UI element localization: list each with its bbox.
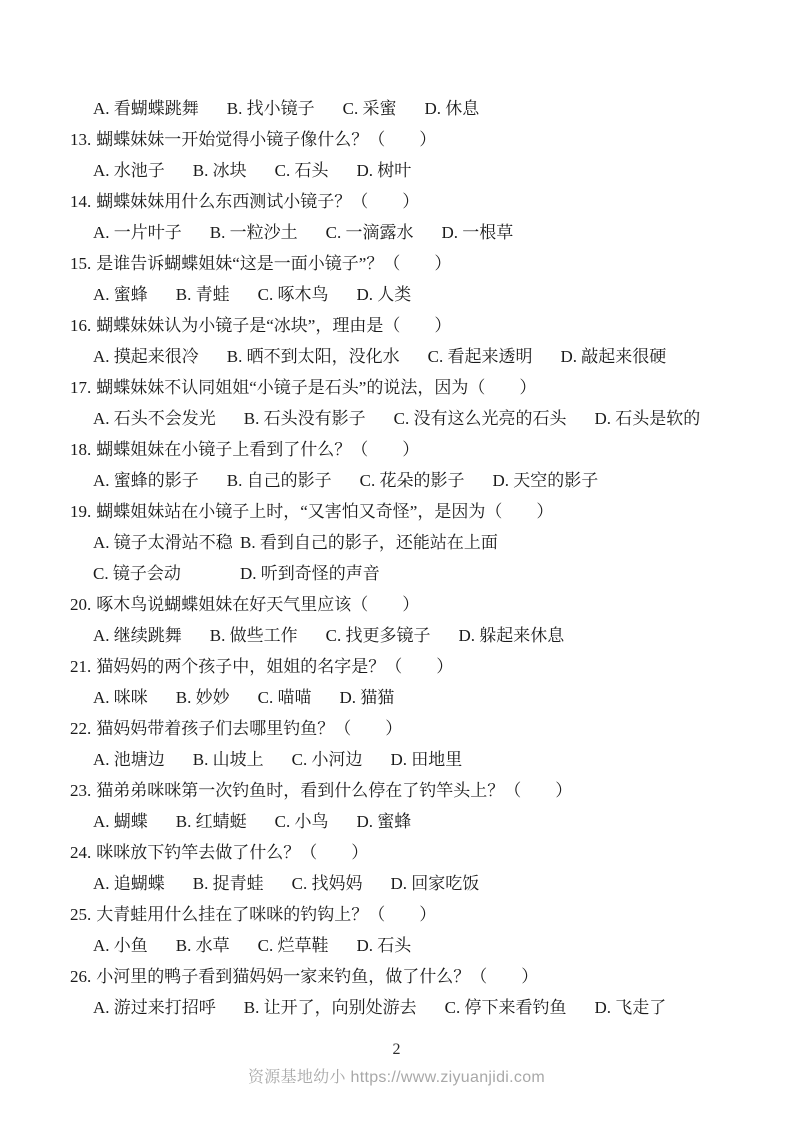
option: A. 看蝴蝶跳舞 <box>93 93 199 124</box>
question-line: 26.小河里的鸭子看到猫妈妈一家来钓鱼，做了什么？（ ） <box>70 961 763 992</box>
question-item: 18.蝴蝶姐妹在小镜子上看到了什么？（ ）A. 蜜蜂的影子B. 自己的影子C. … <box>70 434 763 496</box>
option: C. 小鸟 <box>275 806 329 837</box>
option: D. 休息 <box>424 93 479 124</box>
question-item: 22.猫妈妈带着孩子们去哪里钓鱼？（ ）A. 池塘边B. 山坡上C. 小河边D.… <box>70 713 763 775</box>
option: C. 采蜜 <box>343 93 397 124</box>
option: D. 石头 <box>356 930 411 961</box>
question-line: 21.猫妈妈的两个孩子中，姐姐的名字是？（ ） <box>70 651 763 682</box>
option: B. 找小镜子 <box>227 93 315 124</box>
option: D. 猫猫 <box>339 682 394 713</box>
option: B. 石头没有影子 <box>244 403 366 434</box>
question-number: 24. <box>70 843 91 862</box>
question-text: 猫妈妈带着孩子们去哪里钓鱼？（ ） <box>96 719 402 738</box>
option-row: A. 看蝴蝶跳舞B. 找小镜子C. 采蜜D. 休息 <box>70 93 763 124</box>
option: D. 石头是软的 <box>594 403 700 434</box>
option: C. 石头 <box>275 155 329 186</box>
option: A. 石头不会发光 <box>93 403 216 434</box>
question-text: 蝴蝶妹妹一开始觉得小镜子像什么？（ ） <box>96 130 436 149</box>
watermark-text: 资源基地幼小 https://www.ziyuanjidi.com <box>0 1068 793 1088</box>
question-text: 蝴蝶妹妹认为小镜子是“冰块”，理由是（ ） <box>96 316 451 335</box>
option: A. 水池子 <box>93 155 165 186</box>
question-number: 16. <box>70 316 91 335</box>
option: B. 做些工作 <box>210 620 298 651</box>
option-row: A. 一片叶子B. 一粒沙土C. 一滴露水D. 一根草 <box>70 217 763 248</box>
question-text: 小河里的鸭子看到猫妈妈一家来钓鱼，做了什么？（ ） <box>96 967 538 986</box>
question-number: 14. <box>70 192 91 211</box>
option: A. 游过来打招呼 <box>93 992 216 1023</box>
option: C. 没有这么光亮的石头 <box>394 403 567 434</box>
option: B. 自己的影子 <box>227 465 332 496</box>
option-row: A. 水池子B. 冰块C. 石头D. 树叶 <box>70 155 763 186</box>
option: B. 红蜻蜓 <box>176 806 247 837</box>
option: D. 回家吃饭 <box>390 868 479 899</box>
question-item: 13.蝴蝶妹妹一开始觉得小镜子像什么？（ ）A. 水池子B. 冰块C. 石头D.… <box>70 124 763 186</box>
question-line: 18.蝴蝶姐妹在小镜子上看到了什么？（ ） <box>70 434 763 465</box>
option-row: A. 镜子太滑站不稳B. 看到自己的影子，还能站在上面 <box>70 527 763 558</box>
question-item: 16.蝴蝶妹妹认为小镜子是“冰块”，理由是（ ）A. 摸起来很冷B. 晒不到太阳… <box>70 310 763 372</box>
question-line: 14.蝴蝶妹妹用什么东西测试小镜子？（ ） <box>70 186 763 217</box>
option: D. 蜜蜂 <box>356 806 411 837</box>
option-row: A. 蜜蜂B. 青蛙C. 啄木鸟D. 人类 <box>70 279 763 310</box>
option: A. 池塘边 <box>93 744 165 775</box>
question-item: 26.小河里的鸭子看到猫妈妈一家来钓鱼，做了什么？（ ）A. 游过来打招呼B. … <box>70 961 763 1023</box>
option: B. 让开了，向别处游去 <box>244 992 417 1023</box>
option: A. 追蝴蝶 <box>93 868 165 899</box>
option-row: A. 小鱼B. 水草C. 烂草鞋D. 石头 <box>70 930 763 961</box>
option: B. 捉青蛙 <box>193 868 264 899</box>
option: C. 一滴露水 <box>326 217 414 248</box>
question-line: 20.啄木鸟说蝴蝶姐妹在好天气里应该（ ） <box>70 589 763 620</box>
question-item: 14.蝴蝶妹妹用什么东西测试小镜子？（ ）A. 一片叶子B. 一粒沙土C. 一滴… <box>70 186 763 248</box>
option: B. 妙妙 <box>176 682 230 713</box>
option: D. 飞走了 <box>594 992 666 1023</box>
question-text: 啄木鸟说蝴蝶姐妹在好天气里应该（ ） <box>96 595 419 614</box>
option: D. 听到奇怪的声音 <box>240 558 380 589</box>
option: B. 一粒沙土 <box>210 217 298 248</box>
option: A. 蝴蝶 <box>93 806 148 837</box>
question-text: 蝴蝶妹妹不认同姐姐“小镜子是石头”的说法，因为（ ） <box>96 378 536 397</box>
question-item: 21.猫妈妈的两个孩子中，姐姐的名字是？（ ）A. 咪咪B. 妙妙C. 喵喵D.… <box>70 651 763 713</box>
option: B. 山坡上 <box>193 744 264 775</box>
question-text: 是谁告诉蝴蝶姐妹“这是一面小镜子”？（ ） <box>96 254 451 273</box>
option: C. 小河边 <box>292 744 363 775</box>
option: A. 蜜蜂的影子 <box>93 465 199 496</box>
option: D. 躲起来休息 <box>458 620 564 651</box>
question-line: 13.蝴蝶妹妹一开始觉得小镜子像什么？（ ） <box>70 124 763 155</box>
option: A. 继续跳舞 <box>93 620 182 651</box>
option: B. 看到自己的影子，还能站在上面 <box>240 527 498 558</box>
option: D. 田地里 <box>390 744 462 775</box>
question-line: 22.猫妈妈带着孩子们去哪里钓鱼？（ ） <box>70 713 763 744</box>
question-text: 咪咪放下钓竿去做了什么？（ ） <box>96 843 368 862</box>
option: C. 停下来看钓鱼 <box>445 992 567 1023</box>
question-number: 21. <box>70 657 91 676</box>
option-row: A. 咪咪B. 妙妙C. 喵喵D. 猫猫 <box>70 682 763 713</box>
question-item: 25.大青蛙用什么挂在了咪咪的钓钩上？（ ）A. 小鱼B. 水草C. 烂草鞋D.… <box>70 899 763 961</box>
option: C. 镜子会动 <box>93 558 240 589</box>
question-text: 猫妈妈的两个孩子中，姐姐的名字是？（ ） <box>96 657 453 676</box>
question-item: 15.是谁告诉蝴蝶姐妹“这是一面小镜子”？（ ）A. 蜜蜂B. 青蛙C. 啄木鸟… <box>70 248 763 310</box>
option: C. 找妈妈 <box>292 868 363 899</box>
option: D. 人类 <box>356 279 411 310</box>
quiz-question-list: A. 看蝴蝶跳舞B. 找小镜子C. 采蜜D. 休息13.蝴蝶妹妹一开始觉得小镜子… <box>70 93 763 1023</box>
option-row: A. 蜜蜂的影子B. 自己的影子C. 花朵的影子D. 天空的影子 <box>70 465 763 496</box>
option: D. 敲起来很硬 <box>560 341 666 372</box>
question-number: 18. <box>70 440 91 459</box>
question-line: 16.蝴蝶妹妹认为小镜子是“冰块”，理由是（ ） <box>70 310 763 341</box>
question-number: 17. <box>70 378 91 397</box>
question-line: 24.咪咪放下钓竿去做了什么？（ ） <box>70 837 763 868</box>
question-number: 20. <box>70 595 91 614</box>
question-number: 13. <box>70 130 91 149</box>
question-number: 25. <box>70 905 91 924</box>
question-item: 23.猫弟弟咪咪第一次钓鱼时，看到什么停在了钓竿头上？（ ）A. 蝴蝶B. 红蜻… <box>70 775 763 837</box>
option: A. 蜜蜂 <box>93 279 148 310</box>
option: B. 冰块 <box>193 155 247 186</box>
question-item: 24.咪咪放下钓竿去做了什么？（ ）A. 追蝴蝶B. 捉青蛙C. 找妈妈D. 回… <box>70 837 763 899</box>
option-row: A. 游过来打招呼B. 让开了，向别处游去C. 停下来看钓鱼D. 飞走了 <box>70 992 763 1023</box>
question-line: 25.大青蛙用什么挂在了咪咪的钓钩上？（ ） <box>70 899 763 930</box>
option: B. 晒不到太阳，没化水 <box>227 341 400 372</box>
worksheet-page: A. 看蝴蝶跳舞B. 找小镜子C. 采蜜D. 休息13.蝴蝶妹妹一开始觉得小镜子… <box>0 0 793 1122</box>
question-number: 15. <box>70 254 91 273</box>
option: C. 啄木鸟 <box>258 279 329 310</box>
option: A. 小鱼 <box>93 930 148 961</box>
option: A. 摸起来很冷 <box>93 341 199 372</box>
option-row: A. 摸起来很冷B. 晒不到太阳，没化水C. 看起来透明D. 敲起来很硬 <box>70 341 763 372</box>
option-row: A. 石头不会发光B. 石头没有影子C. 没有这么光亮的石头D. 石头是软的 <box>70 403 763 434</box>
option: C. 花朵的影子 <box>360 465 465 496</box>
question-line: 15.是谁告诉蝴蝶姐妹“这是一面小镜子”？（ ） <box>70 248 763 279</box>
option: A. 镜子太滑站不稳 <box>93 527 240 558</box>
question-line: 19.蝴蝶姐妹站在小镜子上时，“又害怕又奇怪”，是因为（ ） <box>70 496 763 527</box>
question-text: 大青蛙用什么挂在了咪咪的钓钩上？（ ） <box>96 905 436 924</box>
question-line: 23.猫弟弟咪咪第一次钓鱼时，看到什么停在了钓竿头上？（ ） <box>70 775 763 806</box>
option: C. 看起来透明 <box>428 341 533 372</box>
option: D. 一根草 <box>441 217 513 248</box>
question-item: 20.啄木鸟说蝴蝶姐妹在好天气里应该（ ）A. 继续跳舞B. 做些工作C. 找更… <box>70 589 763 651</box>
option-row: A. 池塘边B. 山坡上C. 小河边D. 田地里 <box>70 744 763 775</box>
question-text: 蝴蝶妹妹用什么东西测试小镜子？（ ） <box>96 192 419 211</box>
question-item: 19.蝴蝶姐妹站在小镜子上时，“又害怕又奇怪”，是因为（ ）A. 镜子太滑站不稳… <box>70 496 763 589</box>
question-number: 19. <box>70 502 91 521</box>
option: D. 天空的影子 <box>492 465 598 496</box>
question-line: 17.蝴蝶妹妹不认同姐姐“小镜子是石头”的说法，因为（ ） <box>70 372 763 403</box>
option: C. 烂草鞋 <box>258 930 329 961</box>
option: C. 找更多镜子 <box>326 620 431 651</box>
option-row: C. 镜子会动D. 听到奇怪的声音 <box>70 558 763 589</box>
option-row: A. 继续跳舞B. 做些工作C. 找更多镜子D. 躲起来休息 <box>70 620 763 651</box>
page-number: 2 <box>0 1042 793 1058</box>
option: B. 青蛙 <box>176 279 230 310</box>
question-text: 蝴蝶姐妹站在小镜子上时，“又害怕又奇怪”，是因为（ ） <box>96 502 553 521</box>
question-item: 17.蝴蝶妹妹不认同姐姐“小镜子是石头”的说法，因为（ ）A. 石头不会发光B.… <box>70 372 763 434</box>
option-row: A. 追蝴蝶B. 捉青蛙C. 找妈妈D. 回家吃饭 <box>70 868 763 899</box>
question-text: 蝴蝶姐妹在小镜子上看到了什么？（ ） <box>96 440 419 459</box>
option: B. 水草 <box>176 930 230 961</box>
option: A. 一片叶子 <box>93 217 182 248</box>
question-number: 22. <box>70 719 91 738</box>
question-number: 26. <box>70 967 91 986</box>
option: D. 树叶 <box>356 155 411 186</box>
option: A. 咪咪 <box>93 682 148 713</box>
option: C. 喵喵 <box>258 682 312 713</box>
question-text: 猫弟弟咪咪第一次钓鱼时，看到什么停在了钓竿头上？（ ） <box>96 781 572 800</box>
option-row: A. 蝴蝶B. 红蜻蜓C. 小鸟D. 蜜蜂 <box>70 806 763 837</box>
question-number: 23. <box>70 781 91 800</box>
